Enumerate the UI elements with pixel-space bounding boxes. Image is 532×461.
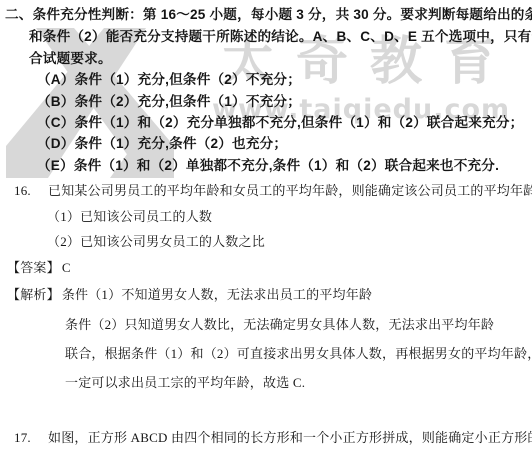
question-17-stem-row: 17.如图，正方形 ABCD 由四个相同的长方形和一个小正方形拼成，则能确定小正…	[14, 430, 532, 446]
answer-row: 【答案】C	[7, 260, 71, 276]
question-17-number: 17.	[14, 430, 48, 446]
question-16-stem-row: 16.已知某公司男员工的平均年龄和女员工的平均年龄，则能确定该公司员工的平均年龄…	[14, 183, 532, 199]
question-16-condition-1: （1）已知该公司员工的人数	[47, 209, 212, 225]
question-16-number: 16.	[14, 183, 48, 199]
analysis-line-1: 条件（1）不知道男女人数，无法求出员工的平均年龄	[62, 287, 372, 302]
option-c: （C）条件（1）和（2）充分单独都不充分,但条件（1）和（2）联合起来充分；	[37, 115, 523, 131]
analysis-line-3: 联合，根据条件（1）和（2）可直接求出男女具体人数，再根据男女的平均年龄，	[65, 346, 532, 362]
directions-line-3: 合试题要求。	[29, 51, 112, 67]
analysis-row-1: 【解析】条件（1）不知道男女人数，无法求出员工的平均年龄	[7, 287, 372, 303]
analysis-line-2: 条件（2）只知道男女人数比，无法确定男女具体人数，无法求出平均年龄	[65, 317, 494, 333]
option-b: （B）条件（2）充分,但条件（1）不充分；	[37, 94, 301, 110]
option-d: （D）条件（1）充分,条件（2）也充分；	[37, 136, 287, 152]
answer-value: C	[62, 260, 71, 275]
question-16-stem: 已知某公司男员工的平均年龄和女员工的平均年龄，则能确定该公司员工的平均年龄.	[48, 183, 532, 198]
option-e: （E）条件（1）和（2）单独都不充分,条件（1）和（2）联合起来也不充分.	[37, 158, 499, 174]
question-17-stem: 如图，正方形 ABCD 由四个相同的长方形和一个小正方形拼成，则能确定小正方形的	[48, 430, 532, 445]
analysis-line-4: 一定可以求出员工宗的平均年龄，故选 C.	[65, 375, 305, 391]
directions-line-2: 和条件（2）能否充分支持题干所陈述的结论。A、B、C、D、E 五个选项中，只有一…	[29, 29, 532, 45]
document-page: 太奇教育 www.taiqiedu.com 二、条件充分性判断：第 16～25 …	[0, 0, 532, 461]
answer-label: 【答案】	[7, 260, 60, 275]
option-a: （A）条件（1）充分,但条件（2）不充分；	[37, 72, 301, 88]
watermark: 太奇教育 www.taiqiedu.com	[0, 0, 532, 461]
directions-line-1: 二、条件充分性判断：第 16～25 小题，每小题 3 分，共 30 分。要求判断…	[5, 7, 532, 23]
analysis-label: 【解析】	[7, 287, 60, 302]
question-16-condition-2: （2）已知该公司男女员工的人数之比	[47, 234, 265, 250]
